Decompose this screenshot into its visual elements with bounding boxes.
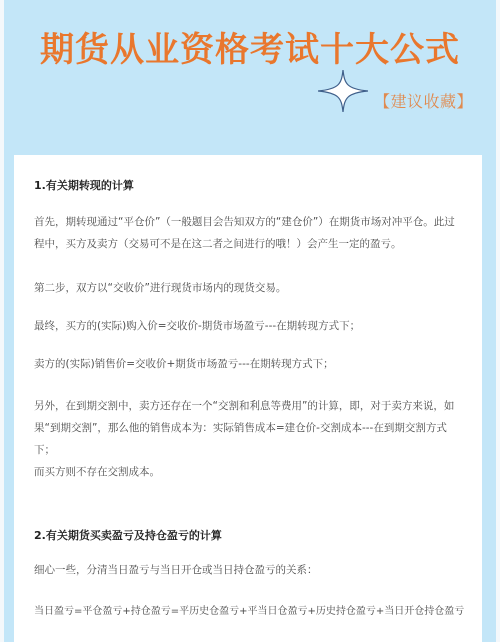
section-1-para-6: 而买方则不存在交割成本。 [34, 461, 464, 483]
section-2-para-2: 当日盈亏=平仓盈亏+持仓盈亏=平历史仓盈亏+平当日仓盈亏+历史持仓盈亏+当日开仓… [34, 601, 464, 623]
section-1-para-5: 另外，在到期交割中，卖方还存在一个“交割和利息等费用”的计算，即，对于卖方来说，… [34, 395, 464, 461]
section-1-para-3: 最终，买方的(实际)购入价=交收价-期货市场盈亏---在期转现方式下； [34, 315, 464, 337]
section-1-para-2: 第二步，双方以“交收价”进行现货市场内的现货交易。 [34, 277, 464, 299]
section-2-heading: 2.有关期货买卖盈亏及持仓盈亏的计算 [34, 527, 464, 545]
section-1-para-4: 卖方的(实际)销售价=交收价+期货市场盈亏---在期转现方式下； [34, 353, 464, 375]
section-1-para-1: 首先，期转现通过“平仓价”（一般题目会告知双方的“建仓价”）在期货市场对冲平仓。… [34, 211, 464, 255]
page-background: 期货从业资格考试十大公式 【建议收藏】 1.有关期转现的计算 首先，期转现通过“… [4, 0, 496, 642]
content-card: 1.有关期转现的计算 首先，期转现通过“平仓价”（一般题目会告知双方的“建仓价”… [14, 155, 482, 642]
section-1-heading: 1.有关期转现的计算 [34, 177, 464, 195]
bookmark-hint: 【建议收藏】 [374, 92, 473, 112]
page-title: 期货从业资格考试十大公式 [4, 30, 496, 70]
sparkle-star-icon [318, 70, 368, 112]
section-2-para-1: 细心一些，分清当日盈亏与当日开仓或当日持仓盈亏的关系： [34, 559, 464, 581]
